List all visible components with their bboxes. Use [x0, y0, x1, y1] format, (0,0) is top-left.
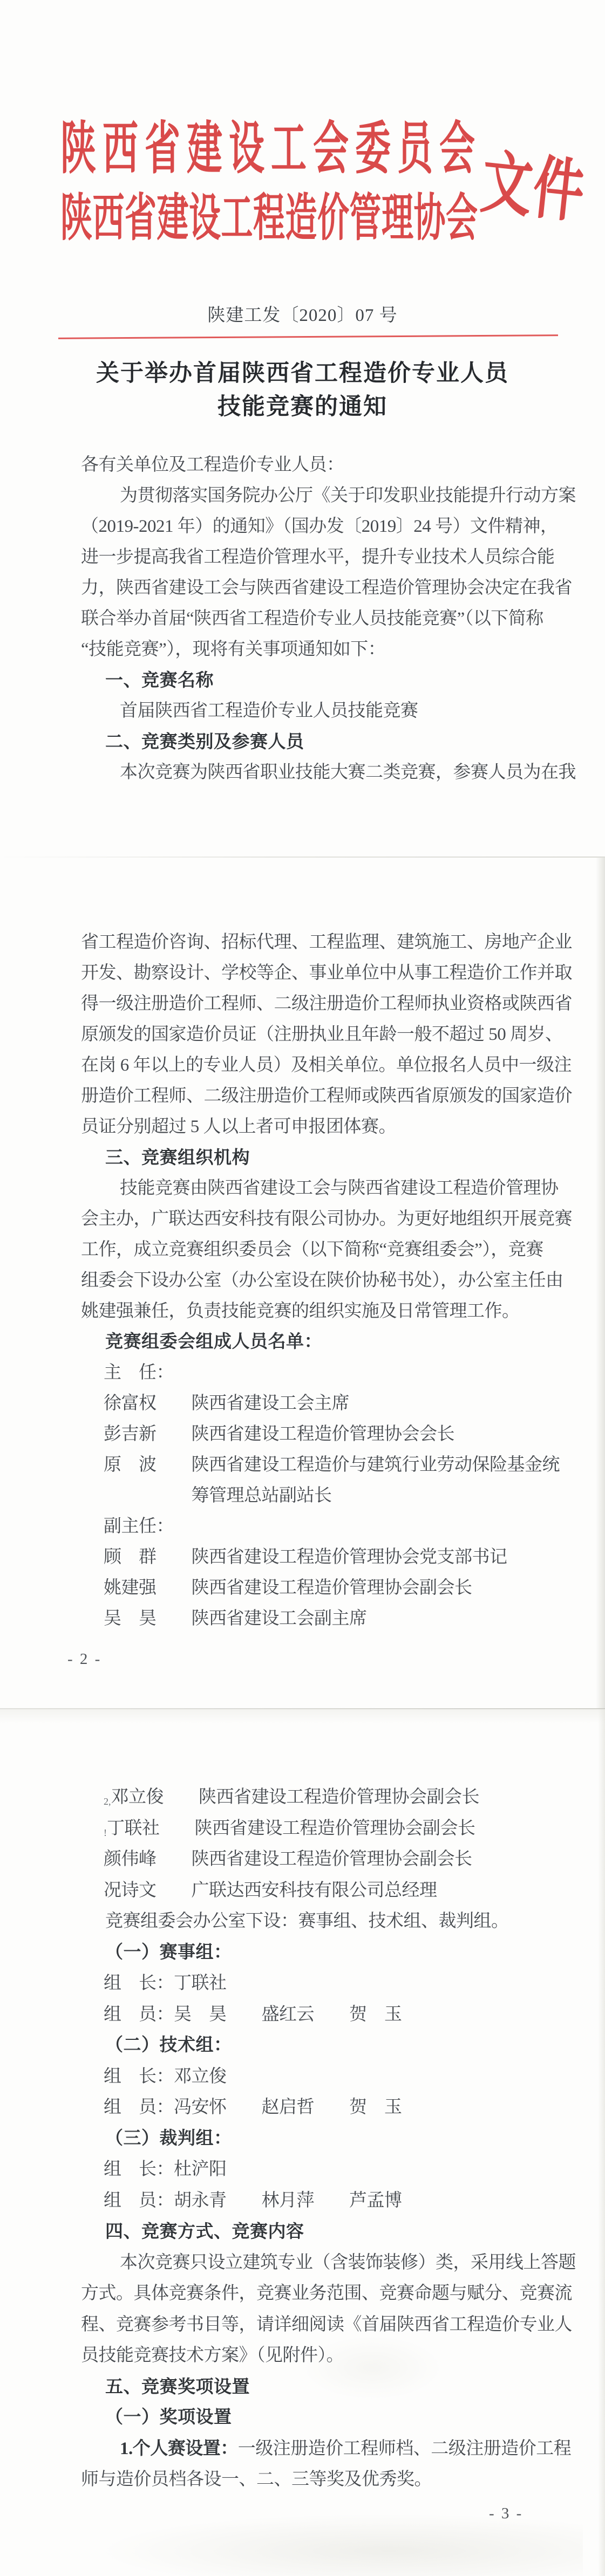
scan-artifact: 2, [104, 1796, 111, 1807]
subsection-heading-awards: （一）奖项设置 [105, 2407, 232, 2428]
body-line: 员证分别超过 5 人以上者可申报团体赛。 [81, 1116, 396, 1138]
body-line: 在岗 6 年以上的专业人员）及相关单位。单位报名人员中一级注 [81, 1054, 572, 1076]
body-line: 原颁发的国家造价员证（注册执业且年龄一般不超过 50 周岁、 [81, 1024, 563, 1045]
name-row: !丁联社 陕西省建设工程造价管理协会副会长 [104, 1818, 475, 1844]
body-line: 竞赛组委会办公室下设：赛事组、技术组、裁判组。 [105, 1910, 509, 1932]
name-row: 况诗文 广联达西安科技有限公司总经理 [104, 1880, 437, 1901]
name-row: 姚建强 陕西省建设工程造价管理协会副会长 [104, 1577, 472, 1599]
group-leader-row: 组 长：邓立俊 [104, 2066, 227, 2087]
name-row: 吴 昊 陕西省建设工会副主席 [104, 1608, 367, 1629]
scan-edge-shadow [598, 1709, 605, 2576]
letterhead-doc-type: 文件 [478, 149, 588, 228]
body-line: 首届陕西省工程造价专业人员技能竞赛 [120, 700, 418, 722]
name-row: 徐富权 陕西省建设工会主席 [104, 1393, 349, 1414]
body-line: 本次竞赛只设立建筑专业（含装饰装修）类，采用线上答题 [120, 2252, 576, 2273]
section-heading-4: 四、竞赛方式、竞赛内容 [105, 2221, 304, 2242]
body-line: （2019-2021 年）的通知》（国办发〔2019〕24 号）文件精神， [81, 516, 558, 537]
salutation: 各有关单位及工程造价专业人员： [81, 454, 344, 476]
letterhead-org-line1: 陕西省建设工会委员会 [60, 121, 481, 179]
body-line: 1.个人赛设置：一级注册造价工程师档、二级注册造价工程 [120, 2438, 571, 2459]
body-line-text: 一级注册造价工程师档、二级注册造价工程 [238, 2439, 572, 2458]
name-row: 顾 群 陕西省建设工程造价管理协会党支部书记 [104, 1546, 507, 1568]
subgroup-heading-events: （一）赛事组： [105, 1942, 232, 1963]
notice-title-line2: 技能竞赛的通知 [0, 394, 605, 421]
group-members-row: 组 员：冯安怀 赵启哲 贺 玉 [104, 2097, 402, 2118]
document-scan: 陕西省建设工会委员会 陕西省建设工程造价管理协会 文件 陕建工发〔2020〕07… [0, 0, 605, 2576]
page-number-2: - 2 - [67, 1650, 101, 1668]
scan-blotch [97, 2513, 583, 2576]
section-heading-5: 五、竞赛奖项设置 [105, 2376, 250, 2397]
name-row: 颜伟峰 陕西省建设工程造价管理协会副会长 [104, 1848, 472, 1870]
section-heading-1: 一、竞赛名称 [105, 669, 214, 691]
body-line: 技能竞赛由陕西省建设工会与陕西省建设工程造价管理协 [120, 1177, 559, 1199]
name-row: 2,邓立俊 陕西省建设工程造价管理协会副会长 [104, 1786, 479, 1812]
committee-list-heading: 竞赛组委会组成人员名单： [105, 1331, 322, 1353]
role-label-deputy-director: 副主任： [104, 1516, 174, 1537]
body-line: 得一级注册造价工程师、二级注册造价工程师执业资格或陕西省 [81, 993, 572, 1015]
group-members-row: 组 员：胡永青 林月萍 芦孟博 [104, 2190, 402, 2211]
body-line: 师与造价员档各设一、二、三等奖及优秀奖。 [81, 2469, 432, 2490]
body-line: 为贯彻落实国务院办公厅《关于印发职业技能提升行动方案 [120, 485, 576, 506]
body-line: 方式。具体竞赛条件，竞赛业务范围、竞赛命题与赋分、竞赛流 [81, 2283, 572, 2304]
scan-shade-band [0, 1709, 605, 1723]
list-item-lead: 1.个人赛设置： [120, 2439, 238, 2458]
name-row: 彭吉新 陕西省建设工程造价管理协会会长 [104, 1423, 454, 1445]
name-row-text: 邓立俊 陕西省建设工程造价管理协会副会长 [111, 1787, 480, 1807]
name-row-continuation: 筹管理总站副站长 [104, 1485, 332, 1506]
body-line: 姚建强兼任，负责技能竞赛的组织实施及日常管理工作。 [81, 1300, 520, 1322]
name-row: 原 波 陕西省建设工程造价与建筑行业劳动保险基金统 [104, 1454, 560, 1476]
scan-edge-shadow [596, 857, 605, 1709]
body-line: 力，陕西省建设工会与陕西省建设工程造价管理协会决定在我省 [81, 577, 572, 599]
group-members-row: 组 员：吴 昊 盛红云 贺 玉 [104, 2004, 402, 2025]
document-number: 陕建工发〔2020〕07 号 [0, 305, 605, 326]
section-heading-3: 三、竞赛组织机构 [105, 1147, 250, 1168]
body-line: 开发、勘察设计、学校等企、事业单位中从事工程造价工作并取 [81, 962, 572, 984]
body-line: 程、竞赛参考书目等，请详细阅读《首届陕西省工程造价专业人 [81, 2314, 572, 2335]
red-divider-rule [58, 334, 558, 339]
body-line: 联合举办首届“陕西省工程造价专业人员技能竞赛”（以下简称 [81, 608, 543, 629]
scan-blotch [302, 2335, 443, 2400]
body-line: 会主办，广联达西安科技有限公司协办。为更好地组织开展竞赛 [81, 1208, 572, 1230]
body-line: 进一步提高我省工程造价管理水平，提升专业技术人员综合能 [81, 546, 555, 568]
subgroup-heading-technical: （二）技术组： [105, 2034, 232, 2056]
body-line: 工作，成立竞赛组织委员会（以下简称“竞赛组委会”），竞赛 [81, 1239, 543, 1260]
body-line: 组委会下设办公室（办公室设在陕价协秘书处），办公室主任由 [81, 1270, 563, 1291]
body-line: 本次竞赛为陕西省职业技能大赛二类竞赛，参赛人员为在我 [120, 762, 576, 783]
group-leader-row: 组 长：丁联社 [104, 1972, 227, 1994]
notice-title-line1: 关于举办首届陕西省工程造价专业人员 [0, 360, 605, 387]
letterhead-org-line2: 陕西省建设工程造价管理协会 [60, 192, 478, 244]
body-line: “技能竞赛”），现将有关事项通知如下： [81, 639, 385, 660]
group-leader-row: 组 长：杜浐阳 [104, 2159, 227, 2180]
body-line: 册造价工程师、二级注册造价工程师或陕西省原颁发的国家造价 [81, 1085, 572, 1107]
role-label-director: 主 任： [104, 1362, 174, 1383]
page-seam [0, 857, 605, 858]
name-row-text: 丁联社 陕西省建设工程造价管理协会副会长 [107, 1819, 475, 1838]
body-line: 省工程造价咨询、招标代理、工程监理、建筑施工、房地产企业 [81, 931, 572, 953]
section-heading-2: 二、竞赛类别及参赛人员 [105, 731, 304, 752]
subgroup-heading-judges: （三）裁判组： [105, 2128, 232, 2149]
